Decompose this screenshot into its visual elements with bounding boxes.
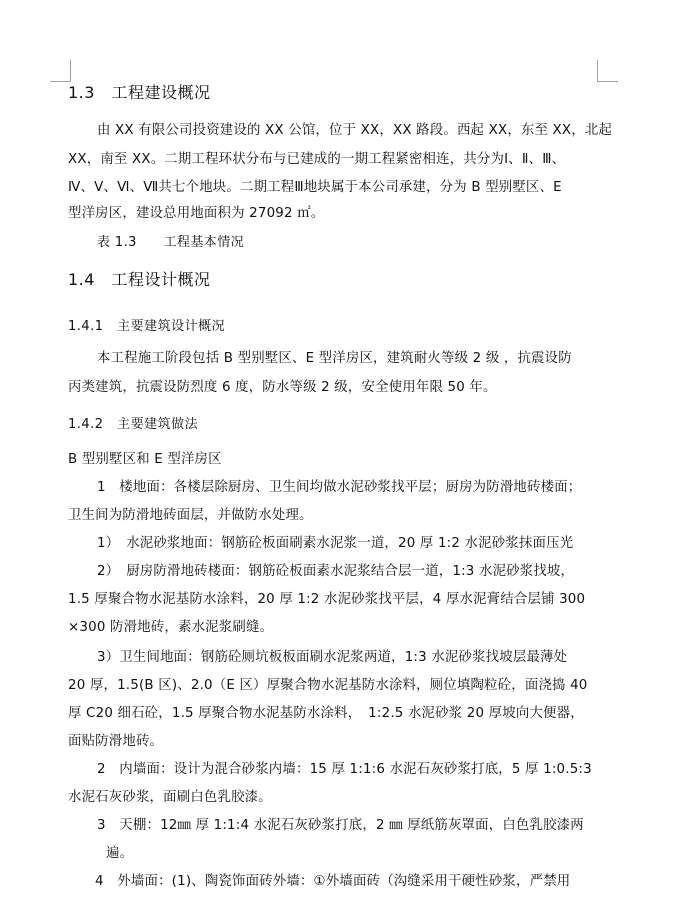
- paragraph-line: Ⅳ、Ⅴ、Ⅵ、Ⅶ共七个地块。二期工程Ⅲ地块属于本公司承建，分为 B 型别墅区、E: [68, 179, 562, 197]
- item-line: 面贴防滑地砖。: [68, 733, 163, 751]
- item-line: 1） 水泥砂浆地面：钢筋砼板面刷素水泥浆一道，20 厚 1:2 水泥砂浆抹面压光: [97, 535, 573, 553]
- item-line: 2） 厨房防滑地砖楼面：钢筋砼板面素水泥浆结合层一道，1:3 水泥砂浆找坡，: [97, 563, 574, 581]
- page-corner-mark-top-right: [597, 60, 618, 82]
- item-line: 3）卫生间地面：钢筋砼厕坑板板面刷水泥浆两道，1:3 水泥砂浆找坡层最薄处: [97, 649, 567, 667]
- item-line: 2 内墙面：设计为混合砂浆内墙：15 厚 1:1:6 水泥石灰砂浆打底，5 厚 …: [97, 761, 592, 779]
- item-line: 1 楼地面：各楼层除厨房、卫生间均做水泥砂浆找平层；厨房为防滑地砖楼面；: [97, 479, 581, 497]
- table-caption: 表 1.3 工程基本情况: [97, 234, 244, 252]
- paragraph-line: 丙类建筑，抗震设防烈度 6 度，防水等级 2 级，安全使用年限 50 年。: [68, 379, 497, 397]
- item-line: 1.5 厚聚合物水泥基防水涂料，20 厚 1:2 水泥砂浆找平层，4 厚水泥膏结…: [68, 591, 585, 609]
- item-line: 20 厚，1.5(B 区)、2.0（E 区）厚聚合物水泥基防水涂料，厕位填陶粒砼…: [68, 677, 588, 695]
- heading-1-4: 1.4 工程设计概况: [68, 271, 210, 289]
- paragraph-line: XX，南至 XX。二期工程环状分布与已建成的一期工程紧密相连，共分为Ⅰ、Ⅱ、Ⅲ、: [68, 151, 565, 169]
- item-line: ×300 防滑地砖，素水泥浆刷缝。: [68, 619, 273, 637]
- item-line: 厚 C20 细石砼，1.5 厚聚合物水泥基防水涂料， 1:2.5 水泥砂浆 20…: [68, 705, 584, 723]
- heading-1-4-1: 1.4.1 主要建筑设计概况: [68, 318, 225, 336]
- heading-1-3: 1.3 工程建设概况: [68, 84, 210, 102]
- item-line: 卫生间为防滑地砖面层，并做防水处理。: [68, 507, 313, 525]
- heading-1-4-2: 1.4.2 主要建筑做法: [68, 416, 198, 434]
- item-line: 3 天棚：12㎜ 厚 1:1:4 水泥石灰砂浆打底，2 ㎜ 厚纸筋灰罩面，白色乳…: [97, 817, 584, 835]
- paragraph-line: 由 XX 有限公司投资建设的 XX 公馆，位于 XX，XX 路段。西起 XX，东…: [97, 122, 612, 140]
- area-label: B 型别墅区和 E 型洋房区: [68, 451, 222, 469]
- item-line: 4 外墙面：(1)、陶瓷饰面砖外墙：①外墙面砖（沟缝采用干硬性砂浆，严禁用: [95, 873, 570, 891]
- paragraph-line: 本工程施工阶段包括 B 型别墅区、E 型洋房区，建筑耐火等级 2 级 ，抗震设防: [97, 350, 572, 368]
- item-line: 遍。: [106, 845, 133, 863]
- paragraph-line: 型洋房区，建设总用地面积为 27092 ㎡。: [68, 205, 324, 223]
- page-corner-mark-top-left: [50, 60, 71, 82]
- item-line: 水泥石灰砂浆，面刷白色乳胶漆。: [68, 789, 272, 807]
